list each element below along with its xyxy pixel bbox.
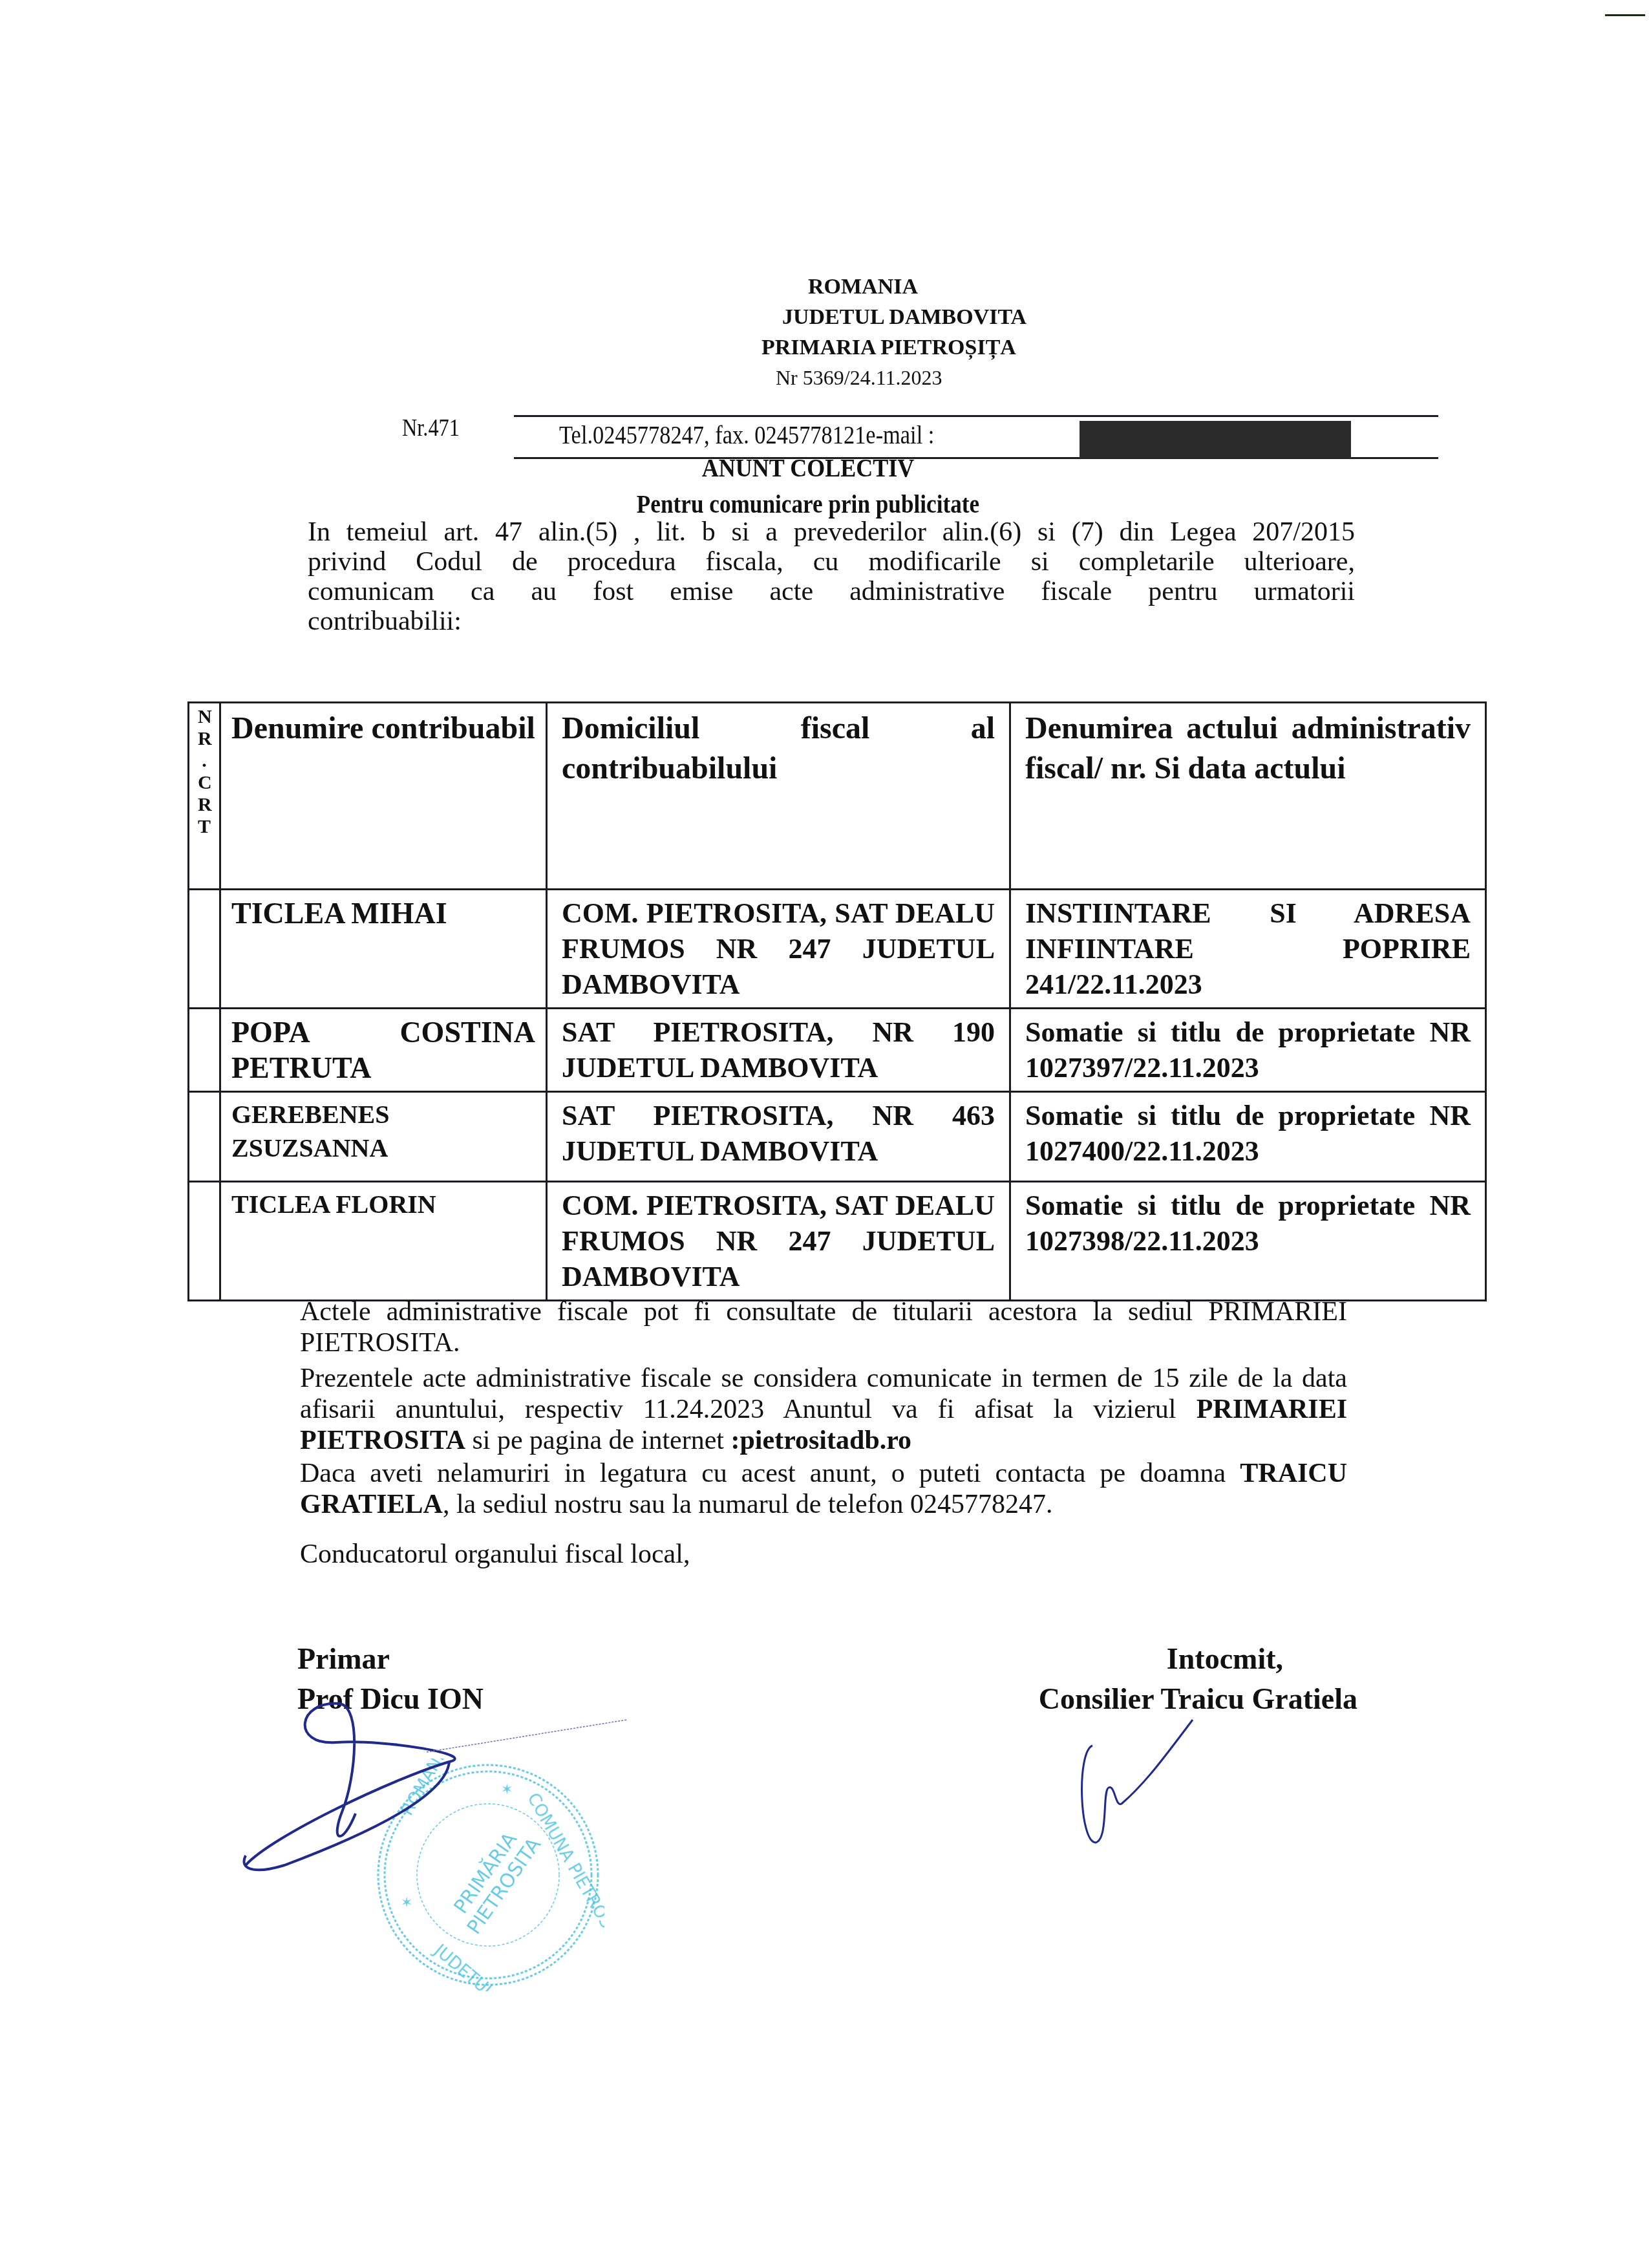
preparer-signature-icon bbox=[1060, 1713, 1215, 1856]
header-name: Denumire contribuabil bbox=[220, 703, 547, 890]
header-address: Domiciliul fiscal al contribuabilului bbox=[547, 703, 1010, 890]
corner-mark bbox=[1605, 14, 1645, 16]
preparer-title: Intocmit, bbox=[957, 1639, 1357, 1679]
row-name: GEREBENES ZSUZSANNA bbox=[220, 1092, 547, 1182]
table-row: GEREBENES ZSUZSANNA SAT PIETROSITA, NR 4… bbox=[189, 1092, 1486, 1182]
page-title: ANUNT COLECTIV bbox=[430, 453, 1186, 483]
intro-line: In temeiul art. 47 alin.(5) , lit. b si … bbox=[308, 517, 1355, 547]
letterhead: ROMANIA JUDETUL DAMBOVITA PRIMARIA PIETR… bbox=[711, 272, 1164, 393]
taxpayers-table: N R . C R T Denumire contribuabil Domici… bbox=[187, 701, 1487, 1301]
row-act: INSTIINTARE SI ADRESA INFIINTARE POPRIRE… bbox=[1010, 890, 1486, 1009]
contact-line: Tel.0245778247, fax. 0245778121e-mail : bbox=[559, 420, 934, 450]
contact-tail: , la sediul nostru sau la numarul de tel… bbox=[443, 1490, 1053, 1519]
intro-line: contribuabilii: bbox=[308, 606, 1355, 636]
consultation-paragraph: Actele administrative fiscale pot fi con… bbox=[300, 1296, 1347, 1358]
row-address: COM. PIETROSITA, SAT DEALU FRUMOS NR 247… bbox=[547, 890, 1010, 1009]
header-reg-number: Nr 5369/24.11.2023 bbox=[711, 363, 1164, 393]
row-act: Somatie si titlu de proprietate NR 10274… bbox=[1010, 1092, 1486, 1182]
page-subtitle: Pentru comunicare prin publicitate bbox=[438, 489, 1178, 519]
row-name: TICLEA FLORIN bbox=[220, 1182, 547, 1301]
communication-text: Prezentele acte administrative fiscale s… bbox=[300, 1364, 1347, 1424]
row-address: SAT PIETROSITA, NR 463 JUDETUL DAMBOVITA bbox=[547, 1092, 1010, 1182]
table-row: TICLEA FLORIN COM. PIETROSITA, SAT DEALU… bbox=[189, 1182, 1486, 1301]
closing-line: Conducatorul organului fiscal local, bbox=[300, 1539, 1347, 1570]
svg-text:✶: ✶ bbox=[401, 1895, 412, 1911]
nr-crt-label: N R . C R T bbox=[198, 706, 211, 838]
mayor-title: Primar bbox=[297, 1639, 484, 1679]
communication-paragraph: Prezentele acte administrative fiscale s… bbox=[300, 1363, 1347, 1456]
row-nr bbox=[189, 1092, 220, 1182]
contact-paragraph: Daca aveti nelamuriri in legatura cu ace… bbox=[300, 1458, 1347, 1520]
row-act: Somatie si titlu de proprietate NR 10273… bbox=[1010, 1182, 1486, 1301]
table-row: TICLEA MIHAI COM. PIETROSITA, SAT DEALU … bbox=[189, 890, 1486, 1009]
header-county: JUDETUL DAMBOVITA bbox=[711, 302, 1164, 332]
table-row: POPA COSTINA PETRUTA SAT PIETROSITA, NR … bbox=[189, 1009, 1486, 1092]
row-nr bbox=[189, 890, 220, 1009]
row-name: POPA COSTINA PETRUTA bbox=[220, 1009, 547, 1092]
contact-text: Daca aveti nelamuriri in legatura cu ace… bbox=[300, 1459, 1226, 1488]
intro-line: comunicam ca au fost emise acte administ… bbox=[308, 577, 1355, 606]
row-name: TICLEA MIHAI bbox=[220, 890, 547, 1009]
header-country: ROMANIA bbox=[711, 272, 1164, 302]
header-institution: PRIMARIA PIETROȘIȚA bbox=[711, 332, 1164, 363]
website-link[interactable]: :pietrositadb.ro bbox=[731, 1426, 912, 1455]
row-nr bbox=[189, 1009, 220, 1092]
row-act: Somatie si titlu de proprietate NR 10273… bbox=[1010, 1009, 1486, 1092]
document-number: Nr.471 bbox=[402, 414, 460, 442]
table-header-row: N R . C R T Denumire contribuabil Domici… bbox=[189, 703, 1486, 890]
communication-tail: si pe pagina de internet bbox=[465, 1426, 731, 1455]
header-nr-crt: N R . C R T bbox=[189, 703, 220, 890]
intro-paragraph: In temeiul art. 47 alin.(5) , lit. b si … bbox=[308, 517, 1355, 636]
row-address: SAT PIETROSITA, NR 190 JUDETUL DAMBOVITA bbox=[547, 1009, 1010, 1092]
preparer-signature-block: Intocmit, Consilier Traicu Gratiela bbox=[957, 1639, 1357, 1719]
header-act: Denumirea actului administrativ fiscal/ … bbox=[1010, 703, 1486, 890]
row-address: COM. PIETROSITA, SAT DEALU FRUMOS NR 247… bbox=[547, 1182, 1010, 1301]
intro-line: privind Codul de procedura fiscala, cu m… bbox=[308, 547, 1355, 577]
mayor-signature-icon bbox=[233, 1700, 633, 1894]
row-nr bbox=[189, 1182, 220, 1301]
